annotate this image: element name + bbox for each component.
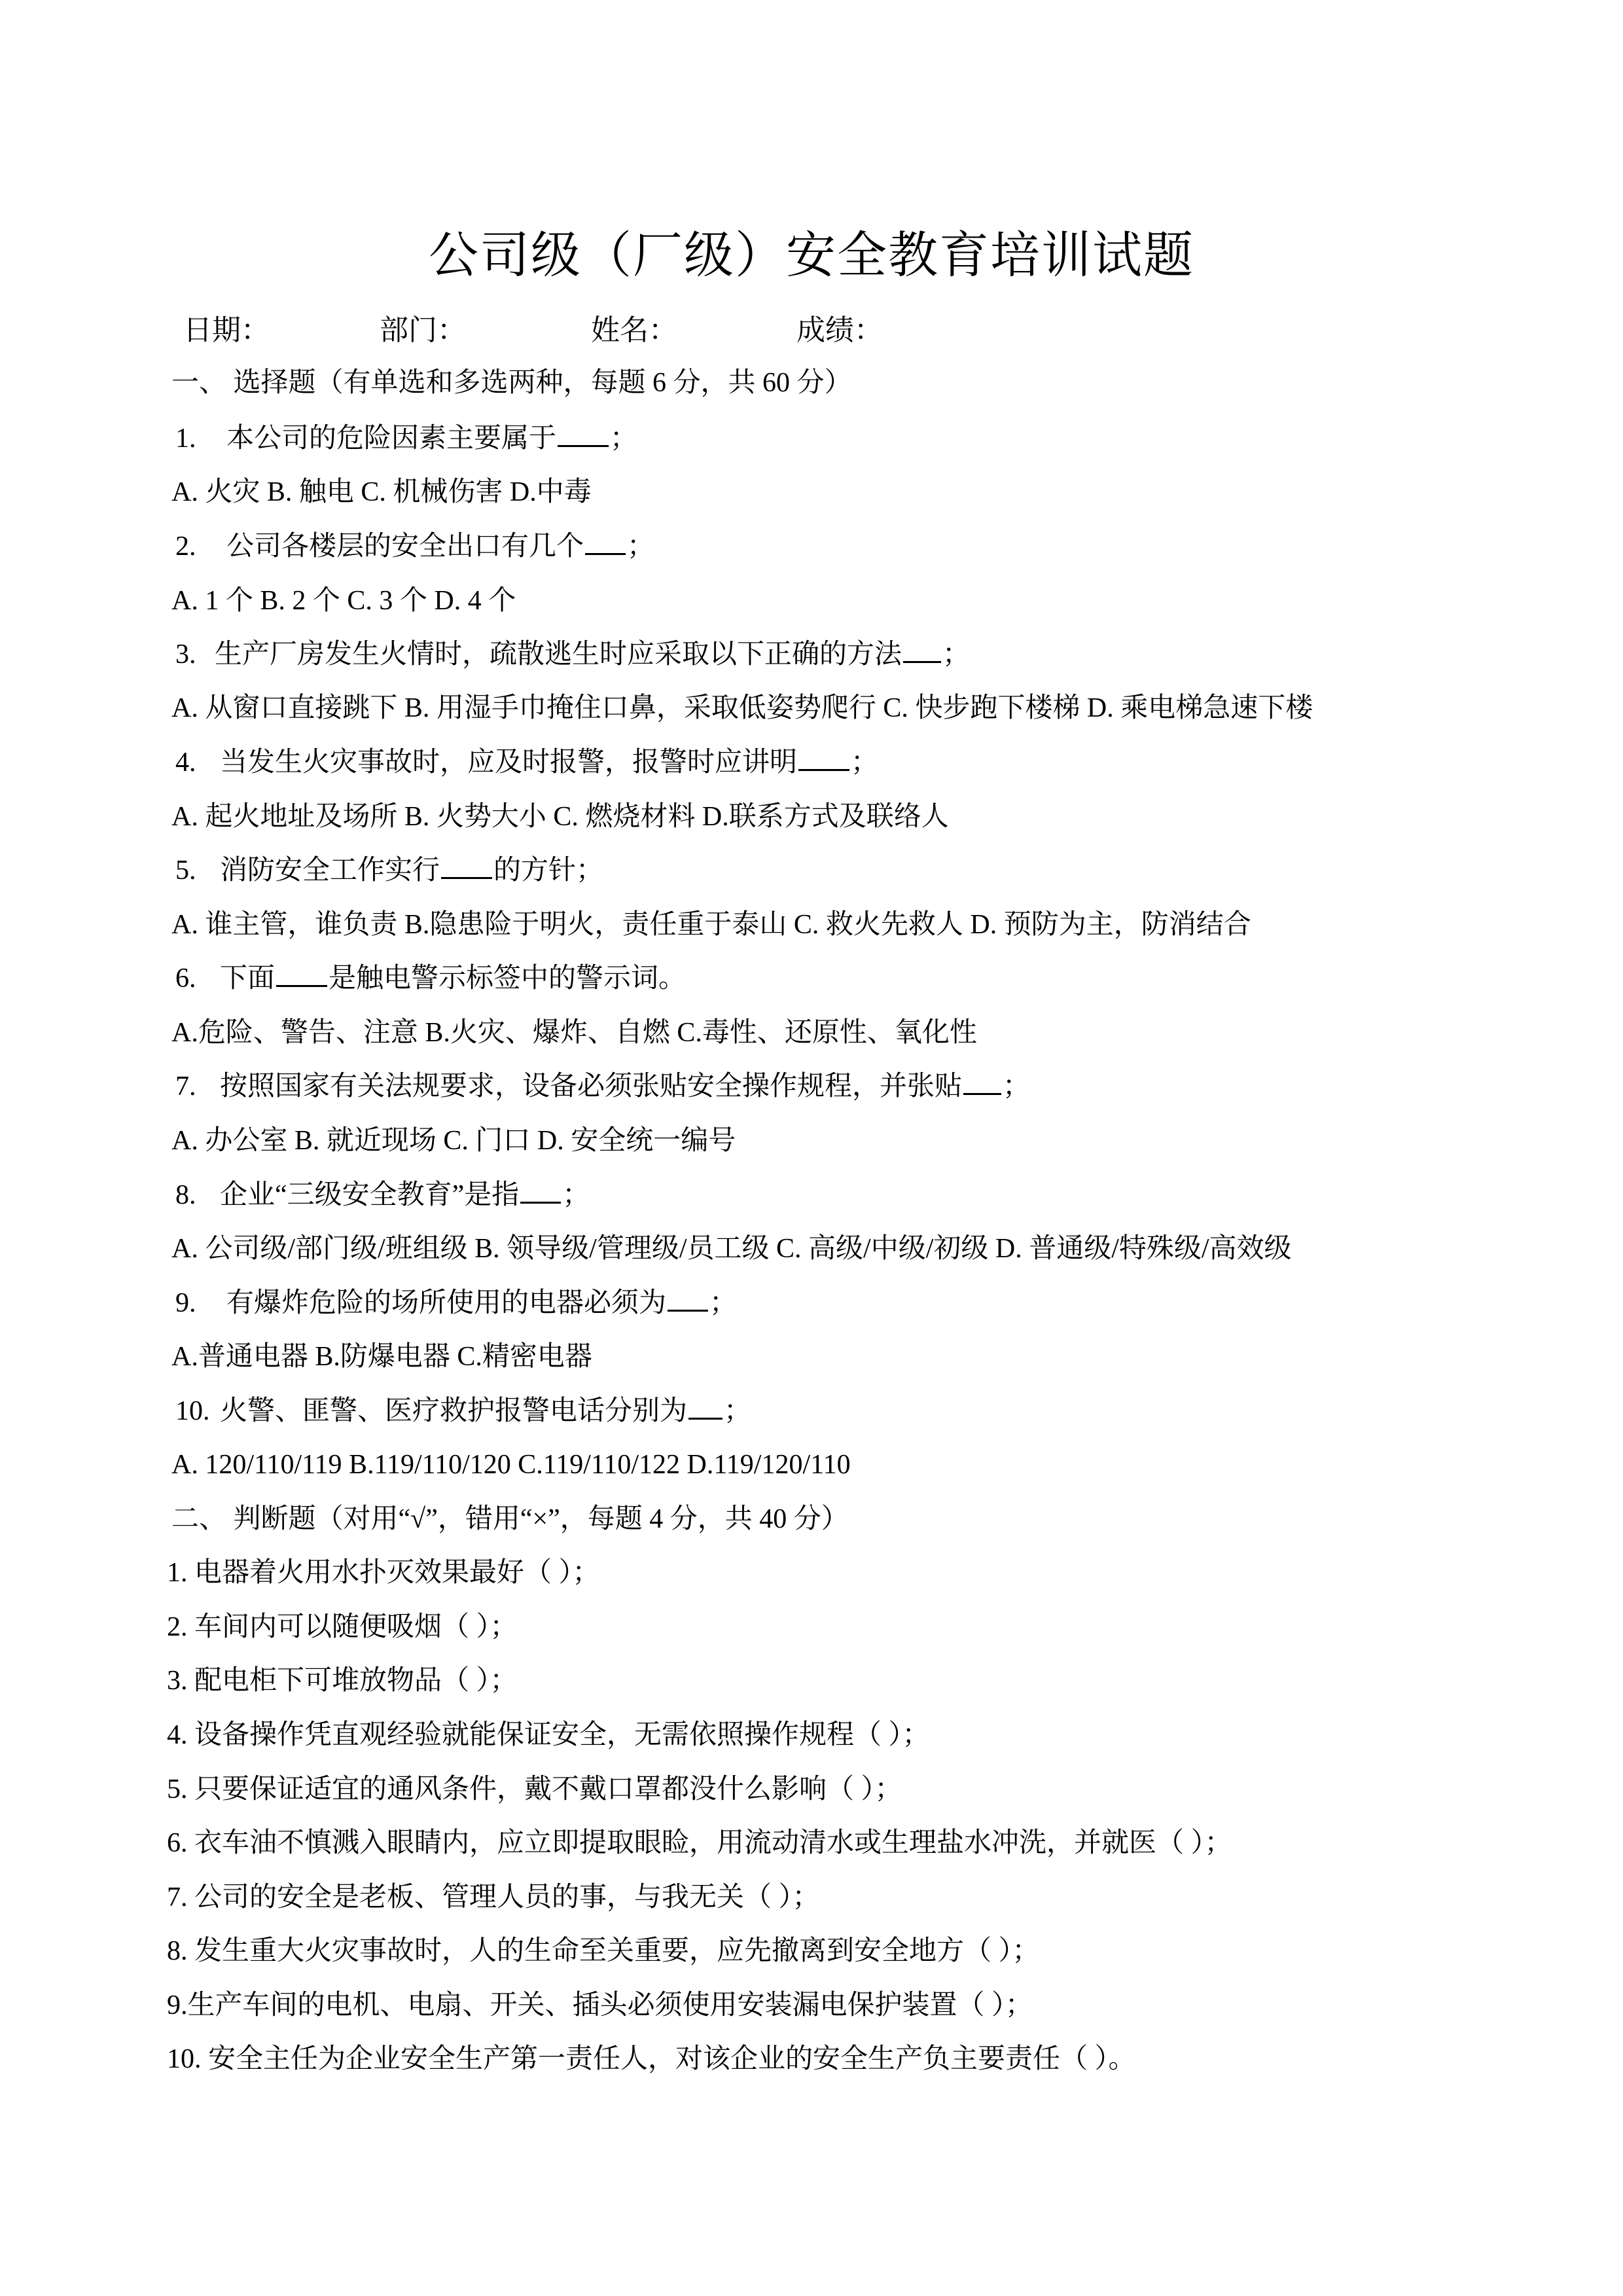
question-suffix: 的方针； (493, 855, 603, 886)
judgment-item-9: 9.生产车间的电机、电扇、开关、插头必须使用安装漏电保护装置（ ）； (167, 1986, 1033, 2025)
question-7: 7.按照国家有关法规要求，设备必须张贴安全操作规程，并张贴； (175, 1067, 1030, 1106)
question-6: 6.下面是触电警示标签中的警示词。 (175, 959, 686, 998)
question-number: 7. (175, 1067, 220, 1106)
question-text: 按照国家有关法规要求，设备必须张贴安全操作规程，并张贴 (220, 1071, 962, 1102)
question-suffix: ； (1003, 1071, 1030, 1102)
judgment-item-5: 5. 只要保证适宜的通风条件，戴不戴口罩都没什么影响（ ）； (167, 1770, 902, 1809)
department-field-label: 部门： (380, 308, 466, 353)
question-8-options: A. 公司级/部门级/班组级 B. 领导级/管理级/员工级 C. 高级/中级/初… (171, 1229, 1292, 1268)
question-suffix: ； (724, 1396, 751, 1426)
answer-blank[interactable] (688, 1391, 722, 1420)
question-8: 8.企业“三级安全教育”是指； (175, 1175, 590, 1215)
question-number: 5. (175, 851, 220, 890)
question-1: 1.本公司的危险因素主要属于； (175, 419, 637, 458)
section1-heading: 一、 选择题（有单选和多选两种，每题 6 分，共 60 分） (171, 363, 852, 403)
judgment-item-1: 1. 电器着火用水扑灭效果最好（ ）； (167, 1553, 600, 1592)
question-9: 9.有爆炸危险的场所使用的电器必须为； (175, 1283, 737, 1323)
question-10: 10.火警、匪警、医疗救护报警电话分别为； (175, 1391, 751, 1431)
question-text: 下面 (220, 963, 275, 994)
question-text: 有爆炸危险的场所使用的电器必须为 (226, 1288, 666, 1318)
question-9-options: A.普通电器 B.防爆电器 C.精密电器 (171, 1337, 592, 1376)
question-text: 本公司的危险因素主要属于 (226, 423, 556, 454)
judgment-item-8: 8. 发生重大火灾事故时，人的生命至关重要，应先撤离到安全地方（ ）； (167, 1931, 1040, 1971)
answer-blank[interactable] (585, 527, 626, 555)
question-3: 3.生产厂房发生火情时，疏散逃生时应采取以下正确的方法； (175, 635, 970, 674)
answer-blank[interactable] (963, 1067, 1001, 1095)
page-title: 公司级（厂级）安全教育培训试题 (0, 223, 1623, 289)
answer-blank[interactable] (441, 851, 492, 879)
question-text: 公司各楼层的安全出口有几个 (226, 531, 584, 562)
question-suffix: ； (562, 1180, 590, 1210)
question-number: 8. (175, 1175, 220, 1215)
answer-blank[interactable] (798, 743, 849, 771)
question-text: 消防安全工作实行 (220, 855, 440, 886)
question-number: 6. (175, 959, 220, 998)
answer-blank[interactable] (520, 1175, 561, 1204)
question-text: 企业“三级安全教育”是指 (220, 1180, 519, 1210)
question-suffix: ； (709, 1288, 737, 1318)
question-text: 生产厂房发生火情时，疏散逃生时应采取以下正确的方法 (215, 639, 902, 670)
question-number: 1. (175, 419, 226, 458)
question-4-options: A. 起火地址及场所 B. 火势大小 C. 燃烧材料 D.联系方式及联络人 (171, 797, 949, 836)
answer-blank[interactable] (903, 635, 941, 663)
judgment-item-6: 6. 衣车油不慎溅入眼睛内，应立即提取眼睑，用流动清水或生理盐水冲洗，并就医（ … (167, 1823, 1232, 1863)
answer-blank[interactable] (558, 419, 609, 447)
score-field-label: 成绩： (796, 308, 883, 353)
question-suffix: 是触电警示标签中的警示词。 (329, 963, 686, 994)
question-2: 2.公司各楼层的安全出口有几个； (175, 527, 654, 566)
judgment-item-10: 10. 安全主任为企业安全生产第一责任人，对该企业的安全生产负主要责任（ ）。 (167, 2039, 1136, 2079)
question-6-options: A.危险、警告、注意 B.火灾、爆炸、自燃 C.毒性、还原性、氧化性 (171, 1013, 977, 1052)
question-suffix: ； (627, 531, 654, 562)
question-10-options: A. 120/110/119 B.119/110/120 C.119/110/1… (171, 1445, 851, 1484)
question-7-options: A. 办公室 B. 就近现场 C. 门口 D. 安全统一编号 (171, 1121, 736, 1160)
question-suffix: ； (610, 423, 637, 454)
date-field-label: 日期： (183, 308, 270, 353)
question-text: 火警、匪警、医疗救护报警电话分别为 (220, 1396, 687, 1426)
judgment-item-4: 4. 设备操作凭直观经验就能保证安全，无需依照操作规程（ ）； (167, 1715, 930, 1755)
question-number: 3. (175, 635, 215, 674)
question-number: 10. (175, 1391, 220, 1431)
judgment-item-7: 7. 公司的安全是老板、管理人员的事，与我无关（ ）； (167, 1878, 820, 1917)
question-5-options: A. 谁主管，谁负责 B.隐患险于明火，责任重于泰山 C. 救火先救人 D. 预… (171, 905, 1251, 944)
question-number: 4. (175, 743, 220, 782)
answer-blank[interactable] (276, 959, 327, 987)
section2-heading: 二、 判断题（对用“√”，错用“×”，每题 4 分，共 40 分） (171, 1499, 849, 1539)
question-5: 5.消防安全工作实行的方针； (175, 851, 603, 890)
question-number: 2. (175, 527, 226, 566)
question-1-options: A. 火灾 B. 触电 C. 机械伤害 D.中毒 (171, 473, 592, 512)
question-suffix: ； (851, 747, 878, 778)
judgment-item-2: 2. 车间内可以随便吸烟（ ）； (167, 1607, 518, 1647)
question-text: 当发生火灾事故时，应及时报警，报警时应讲明 (220, 747, 797, 778)
answer-blank[interactable] (668, 1283, 708, 1312)
question-2-options: A. 1 个 B. 2 个 C. 3 个 D. 4 个 (171, 581, 516, 620)
question-number: 9. (175, 1283, 226, 1323)
judgment-item-3: 3. 配电柜下可堆放物品（ ）； (167, 1661, 518, 1700)
question-3-options: A. 从窗口直接跳下 B. 用湿手巾掩住口鼻，采取低姿势爬行 C. 快步跑下楼梯… (171, 689, 1313, 728)
question-suffix: ； (942, 639, 970, 670)
question-4: 4.当发生火灾事故时，应及时报警，报警时应讲明； (175, 743, 878, 782)
name-field-label: 姓名： (591, 308, 677, 353)
